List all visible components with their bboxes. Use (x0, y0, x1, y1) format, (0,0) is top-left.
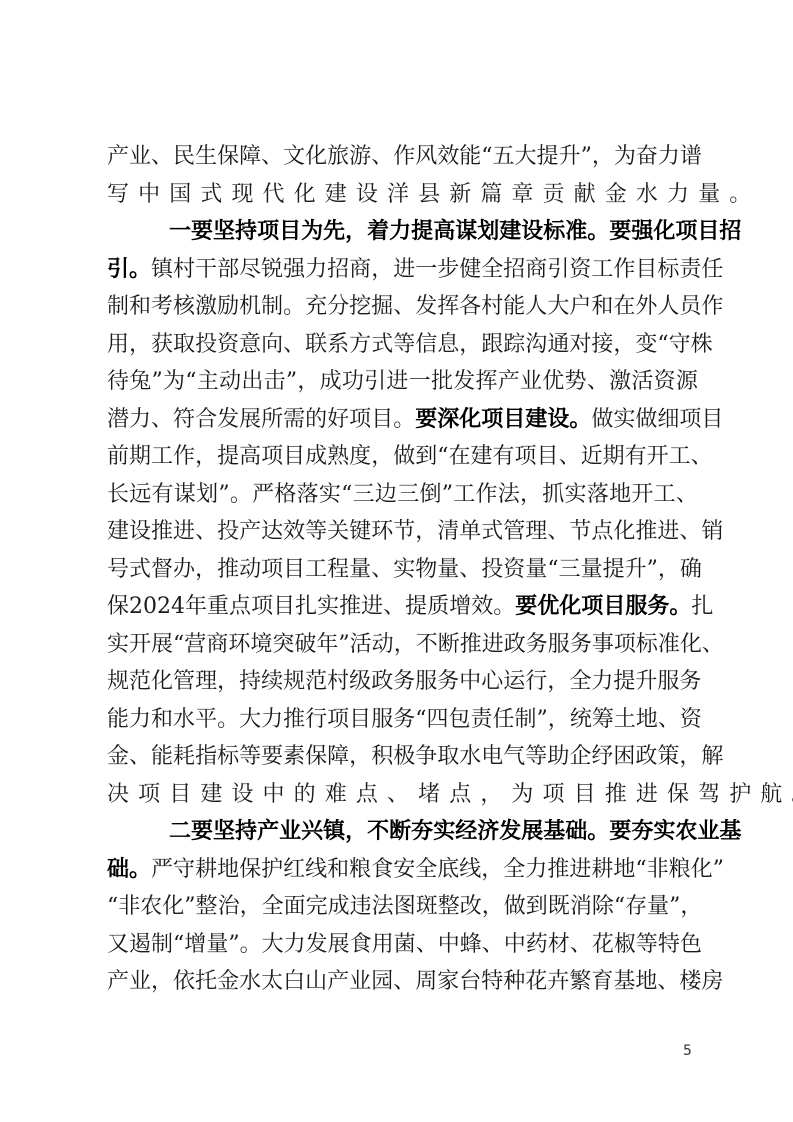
text-line: 用，获取投资意向、联系方式等信息，跟踪沟通对接，变“守株 (107, 326, 698, 364)
text-line: 产业，依托金水太白山产业园、周家台特种花卉繁育基地、楼房 (107, 963, 698, 1001)
text-line: 金、能耗指标等要素保障，积极争取水电气等助企纾困政策，解 (107, 738, 698, 776)
text-line: 规范化管理，持续规范村级政务服务中心运行，全力提升服务 (107, 663, 698, 701)
paragraph-first-line: 一要坚持项目为先，着力提高谋划建设标准。要强化项目招 (107, 213, 698, 251)
text-line: 能力和水平。大力推行项目服务“四包责任制”，统筹土地、资 (107, 701, 698, 739)
text-line: 号式督办，推动项目工程量、实物量、投资量“三量提升”，确 (107, 551, 698, 589)
text-line: 实开展“营商环境突破年”活动，不断推进政务服务事项标准化、 (107, 626, 698, 664)
text-line: 前期工作，提高项目成熟度，做到“在建有项目、近期有开工、 (107, 438, 698, 476)
text-line: 础。严守耕地保护红线和粮食安全底线，全力推进耕地“非粮化” (107, 851, 698, 889)
text-line: 待兔”为“主动出击”，成功引进一批发挥产业优势、激活资源 (107, 363, 698, 401)
text-line: 制和考核激励机制。充分挖掘、发挥各村能人大户和在外人员作 (107, 288, 698, 326)
text-line: 保2024年重点项目扎实推进、提质增效。要优化项目服务。扎 (107, 588, 698, 626)
text-line: 写中国式现代化建设洋县新篇章贡献金水力量。 (107, 176, 698, 214)
document-page: 产业、民生保障、文化旅游、作风效能“五大提升”，为奋力谱写中国式现代化建设洋县新… (0, 0, 793, 1122)
paragraph-first-line: 二要坚持产业兴镇，不断夯实经济发展基础。要夯实农业基 (107, 813, 698, 851)
text-line: 建设推进、投产达效等关键环节，清单式管理、节点化推进、销 (107, 513, 698, 551)
document-body: 产业、民生保障、文化旅游、作风效能“五大提升”，为奋力谱写中国式现代化建设洋县新… (107, 138, 698, 1001)
text-line: 潜力、符合发展所需的好项目。要深化项目建设。做实做细项目 (107, 401, 698, 439)
text-line: 产业、民生保障、文化旅游、作风效能“五大提升”，为奋力谱 (107, 138, 698, 176)
text-line: “非农化”整治，全面完成违法图斑整改，做到既消除“存量”， (107, 888, 698, 926)
text-line: 引。镇村干部尽锐强力招商，进一步健全招商引资工作目标责任 (107, 251, 698, 289)
page-number: 5 (683, 1043, 692, 1059)
text-line: 决项目建设中的难点、堵点，为项目推进保驾护航。 (107, 776, 698, 814)
text-line: 长远有谋划”。严格落实“三边三倒”工作法，抓实落地开工、 (107, 476, 698, 514)
text-line: 又遏制“增量”。大力发展食用菌、中蜂、中药材、花椒等特色 (107, 926, 698, 964)
